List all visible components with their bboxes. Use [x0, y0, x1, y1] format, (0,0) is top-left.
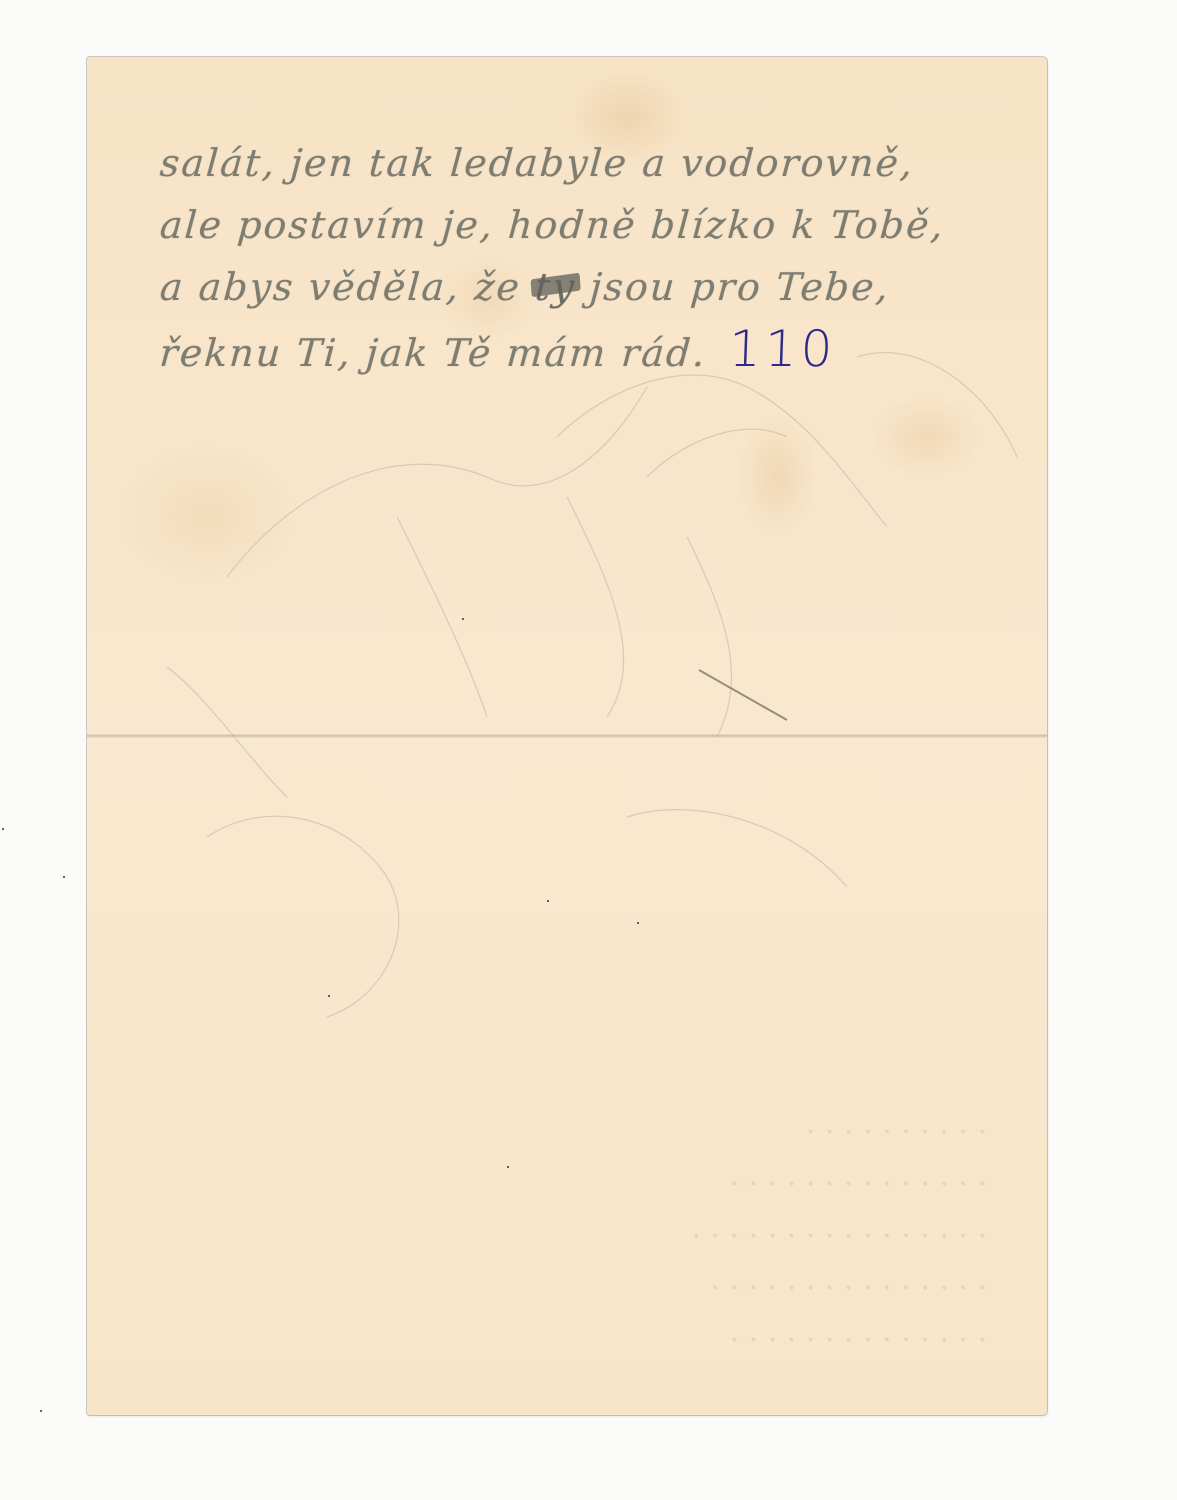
scanner-speck: [2, 828, 4, 830]
bleed-line: · · · · · · · · · · · · · · ·: [187, 1263, 987, 1315]
bleed-line: · · · · · · · · · · · · · · · ·: [187, 1211, 987, 1263]
ink-speck: [462, 618, 464, 620]
handwritten-line-3: a abys věděla, že ty jsou pro Tebe,: [158, 256, 1022, 318]
scanner-speck: [63, 876, 65, 878]
ink-speck: [328, 995, 330, 997]
archive-page-number: 110: [728, 318, 838, 380]
struck-through-word: ty: [533, 256, 578, 318]
bleed-line: · · · · · · · · · ·: [187, 1107, 987, 1159]
letter-sheet: salát, jen tak ledabyle a vodorovně, ale…: [87, 57, 1047, 1415]
line-4-text: řeknu Ti, jak Tě mám rád.: [158, 331, 708, 375]
line-3-after: jsou pro Tebe,: [574, 265, 891, 309]
ink-speck: [547, 900, 549, 902]
mirrored-bleed-through-text: · · · · · · · · · · · · · · · · · · · · …: [187, 1107, 987, 1367]
handwritten-line-2: ale postavím je, hodně blízko k Tobě,: [158, 194, 1022, 256]
handwritten-line-1: salát, jen tak ledabyle a vodorovně,: [158, 132, 1022, 194]
handwritten-text-block: salát, jen tak ledabyle a vodorovně, ale…: [160, 132, 1020, 380]
line-3-before: a abys věděla, že: [158, 265, 536, 309]
paper-fold-crease: [87, 733, 1047, 739]
ink-speck: [637, 922, 639, 924]
handwritten-line-4: řeknu Ti, jak Tě mám rád.110: [158, 318, 1022, 380]
bleed-line: · · · · · · · · · · · · · ·: [187, 1315, 987, 1367]
ink-speck: [507, 1166, 509, 1168]
bleed-line: · · · · · · · · · · · · · ·: [187, 1159, 987, 1211]
scanner-speck: [40, 1410, 42, 1412]
